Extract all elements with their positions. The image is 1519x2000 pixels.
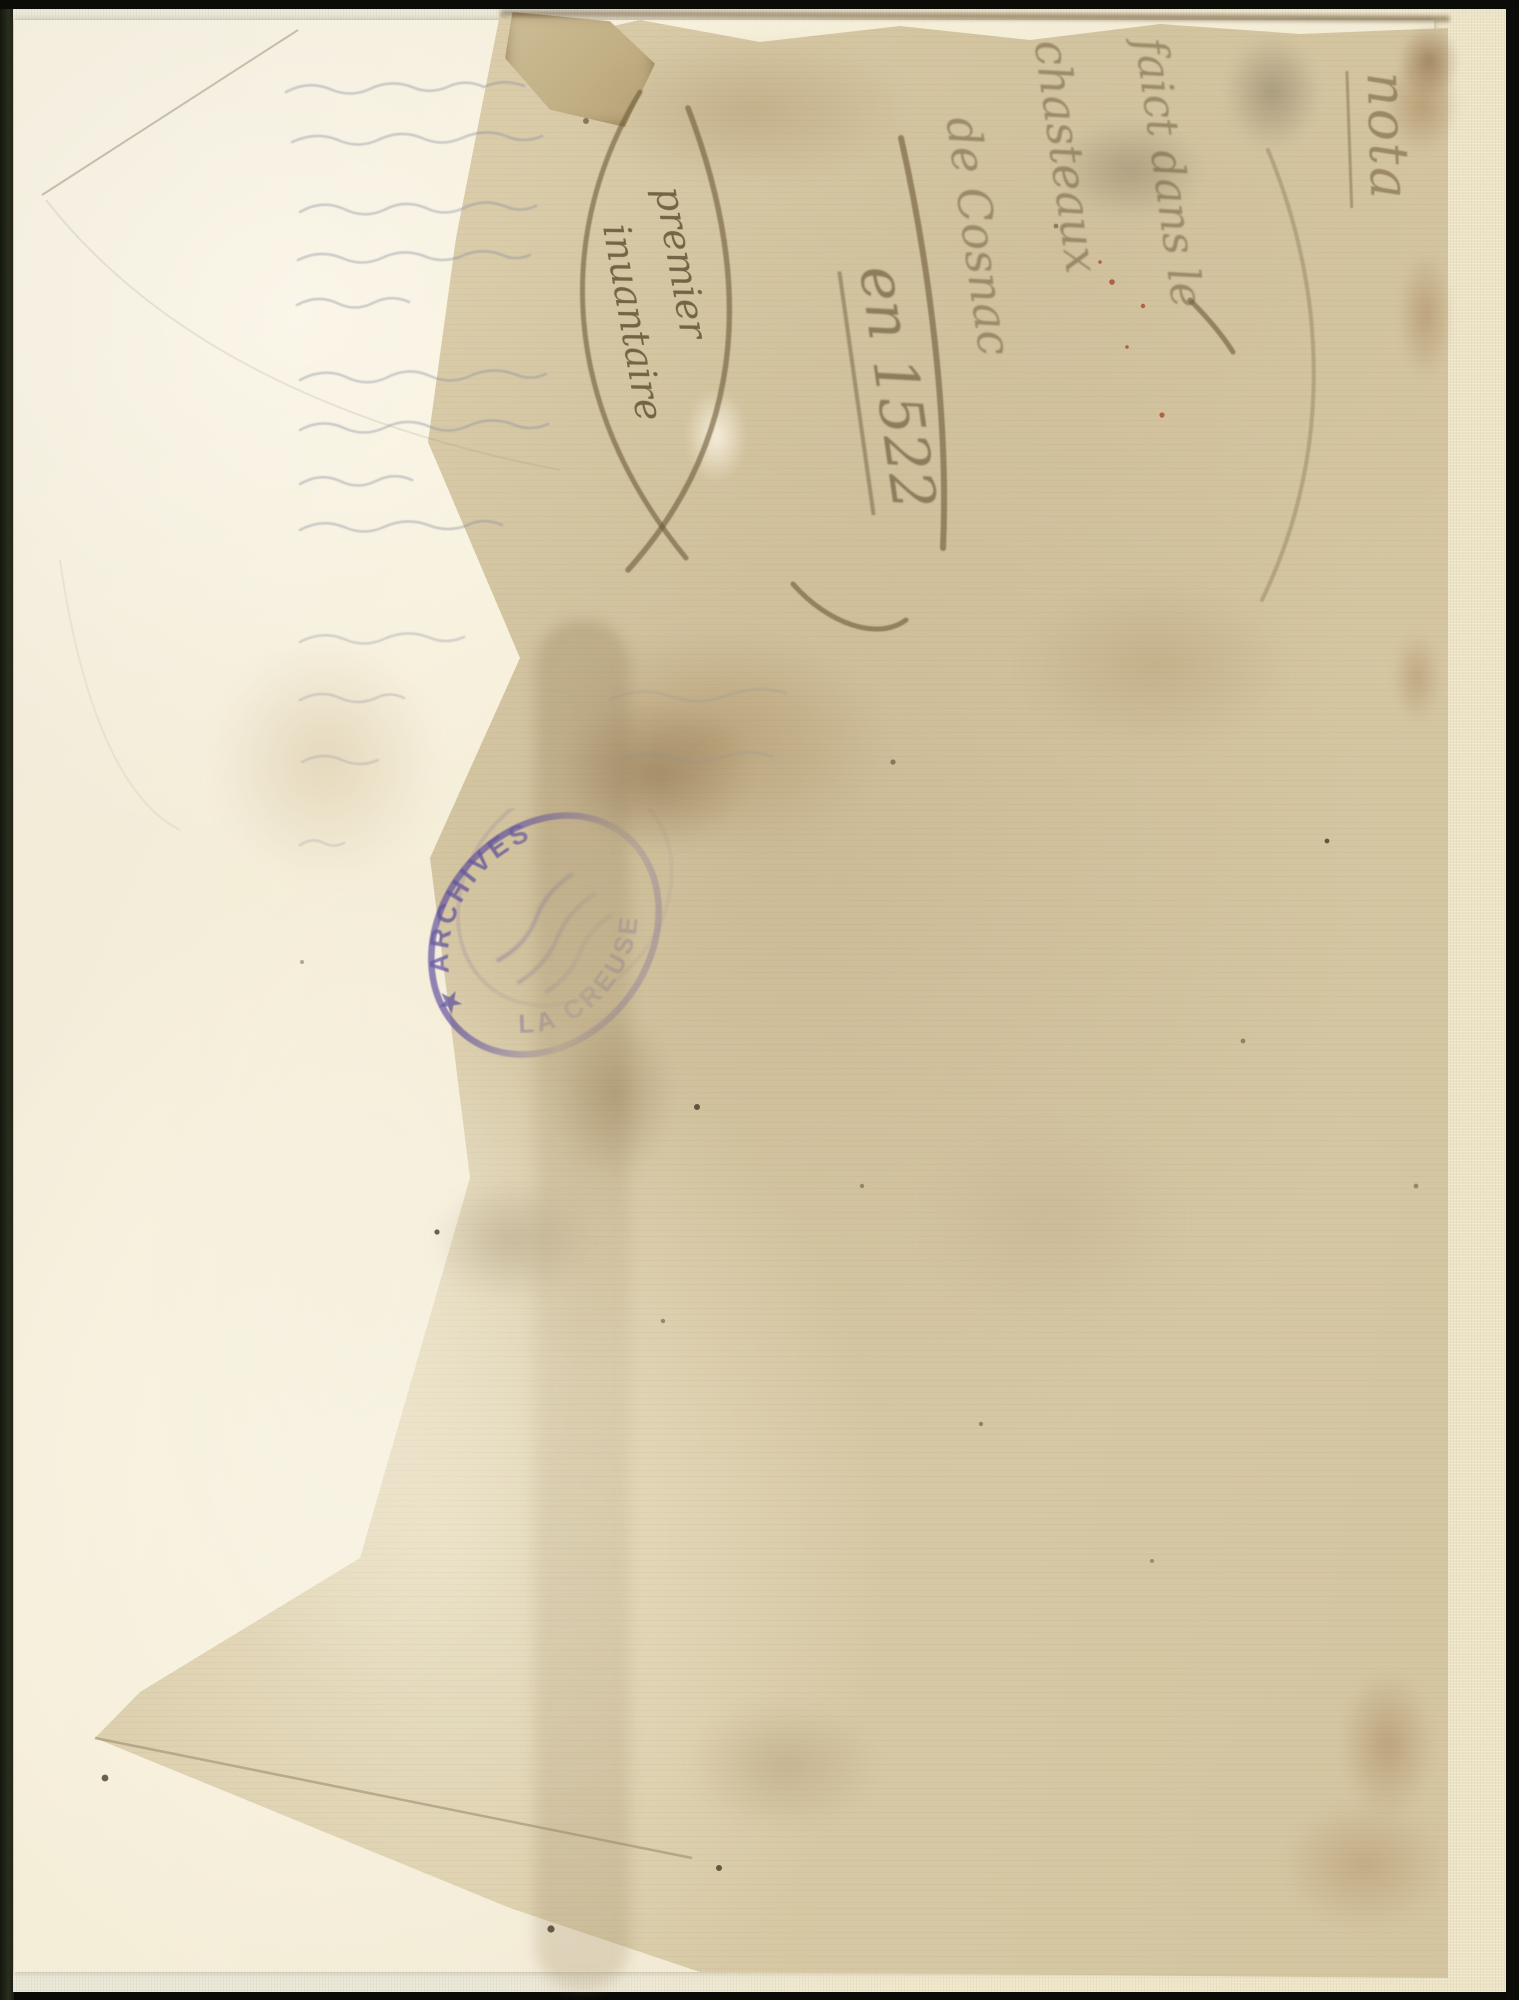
stamp-arc-top-text: ★ ARCHIVES	[400, 808, 582, 1028]
inscription-line: de Cosnac	[935, 113, 1054, 584]
archive-stamp: ★ ARCHIVES LA CREUSE	[400, 808, 690, 1063]
svg-text:★ ARCHIVES: ★ ARCHIVES	[400, 808, 582, 1028]
nota-corner-note: nota	[1337, 69, 1422, 222]
rotated-title-inscription: faict dans le chasteaux de Cosnac en 152…	[773, 0, 1247, 605]
scanner-edge-right	[1506, 0, 1519, 2000]
scanner-edge-left	[0, 0, 14, 2000]
inscription-line: chasteaux	[1023, 36, 1151, 570]
archival-manuscript-scan: faict dans le chasteaux de Cosnac en 152…	[0, 0, 1519, 2000]
inscription-year: en 1522	[845, 261, 961, 600]
scanner-edge-top	[0, 0, 1519, 9]
